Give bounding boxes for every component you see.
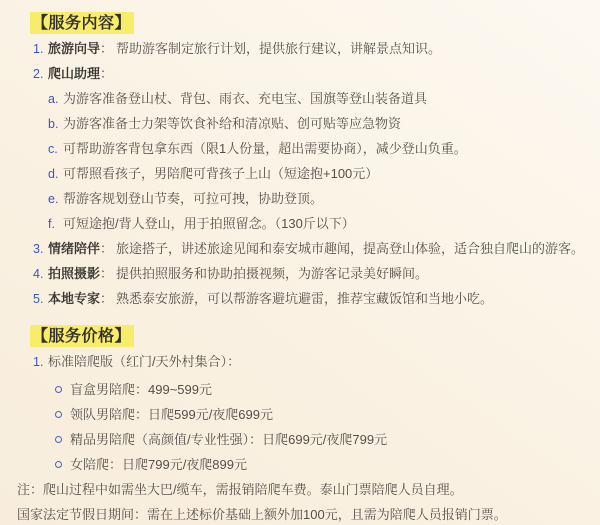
item-text: 可帮照看孩子，男陪爬可背孩子上山（短途抱+100元） [63,166,378,181]
item-number: 2. [33,67,48,81]
sub-list-item: c.可帮助游客背包拿东西（限1人份量，超出需要协商），减少登山负重。 [17,142,582,156]
item-text: 提供拍照服务和协助拍摄视频，为游客记录美好瞬间。 [116,266,428,281]
item-label: 旅游向导 [48,41,100,56]
list-item: 5.本地专家：熟悉泰安旅游，可以帮游客避坑避雷，推荐宝藏饭馆和当地小吃。 [17,292,582,306]
item-number: 1. [33,355,48,369]
list-item: 1.旅游向导：帮助游客制定旅行计划，提供旅行建议，讲解景点知识。 [17,42,582,56]
note-line: 国家法定节假日期间：需在上述标价基础上额外加100元，且需为陪爬人员报销门票。 [17,508,582,522]
item-text: 为游客准备士力架等饮食补给和清凉贴、创可贴等应急物资 [63,116,401,131]
item-text: 为游客准备登山杖、背包、雨衣、充电宝、国旗等登山装备道具 [63,91,427,106]
section-title-service-content: 【服务内容】 [30,12,134,34]
item-letter: e. [48,192,63,206]
item-text: 可帮助游客背包拿东西（限1人份量，超出需要协商），减少登山负重。 [63,141,467,156]
price-option: 盲盒男陪爬：499~599元 [17,383,582,397]
list-item: 3.情绪陪伴：旅途搭子，讲述旅途见闻和泰安城市趣闻，提高登山体验，适合独自爬山的… [17,242,582,256]
price-option: 女陪爬：日爬799元/夜爬899元 [17,458,582,472]
item-letter: a. [48,92,63,106]
item-separator: ： [100,291,113,306]
item-text: 帮助游客制定旅行计划，提供旅行建议，讲解景点知识。 [116,41,441,56]
item-number: 4. [33,267,48,281]
item-text: 旅途搭子，讲述旅途见闻和泰安城市趣闻，提高登山体验，适合独自爬山的游客。 [116,241,584,256]
item-text: 标准陪爬版（红门/天外村集合）： [48,354,240,369]
item-text: 帮游客规划登山节奏，可拉可拽，协助登顶。 [63,191,323,206]
bullet-icon [55,433,70,447]
item-letter: c. [48,142,63,156]
bullet-icon [55,383,70,397]
price-option: 领队男陪爬：日爬599元/夜爬699元 [17,408,582,422]
item-separator: ： [100,266,113,281]
item-text: 熟悉泰安旅游，可以帮游客避坑避雷，推荐宝藏饭馆和当地小吃。 [116,291,493,306]
sub-list-item: d.可帮照看孩子，男陪爬可背孩子上山（短途抱+100元） [17,167,582,181]
option-text: 女陪爬：日爬799元/夜爬899元 [70,457,247,472]
service-document: 【服务内容】 1.旅游向导：帮助游客制定旅行计划，提供旅行建议，讲解景点知识。 … [0,0,600,522]
note-line: 注：爬山过程中如需坐大巴/缆车，需报销陪爬车费。泰山门票陪爬人员自理。 [17,483,582,497]
item-label: 拍照摄影 [48,266,100,281]
option-text: 盲盒男陪爬：499~599元 [70,382,212,397]
price-option: 精品男陪爬（高颜值/专业性强）：日爬699元/夜爬799元 [17,433,582,447]
item-number: 3. [33,242,48,256]
item-number: 5. [33,292,48,306]
item-label: 本地专家 [48,291,100,306]
item-text: 可短途抱/背人登山，用于拍照留念。（130斤以下） [63,216,355,231]
item-label: 爬山助理 [48,66,100,81]
item-separator: ： [100,66,113,81]
item-number: 1. [33,42,48,56]
section-title-service-price: 【服务价格】 [30,325,134,347]
list-item: 1.标准陪爬版（红门/天外村集合）： [17,355,582,369]
bullet-icon [55,458,70,472]
item-letter: b. [48,117,63,131]
sub-list-item: f.可短途抱/背人登山，用于拍照留念。（130斤以下） [17,217,582,231]
item-letter: d. [48,167,63,181]
option-text: 领队男陪爬：日爬599元/夜爬699元 [70,407,273,422]
sub-list-item: b.为游客准备士力架等饮食补给和清凉贴、创可贴等应急物资 [17,117,582,131]
item-separator: ： [100,241,113,256]
item-label: 情绪陪伴 [48,241,100,256]
sub-list-item: e.帮游客规划登山节奏，可拉可拽，协助登顶。 [17,192,582,206]
list-item: 4.拍照摄影：提供拍照服务和协助拍摄视频，为游客记录美好瞬间。 [17,267,582,281]
option-text: 精品男陪爬（高颜值/专业性强）：日爬699元/夜爬799元 [70,432,387,447]
sub-list-item: a.为游客准备登山杖、背包、雨衣、充电宝、国旗等登山装备道具 [17,92,582,106]
list-item: 2.爬山助理： [17,67,582,81]
item-separator: ： [100,41,113,56]
bullet-icon [55,408,70,422]
item-letter: f. [48,217,63,231]
